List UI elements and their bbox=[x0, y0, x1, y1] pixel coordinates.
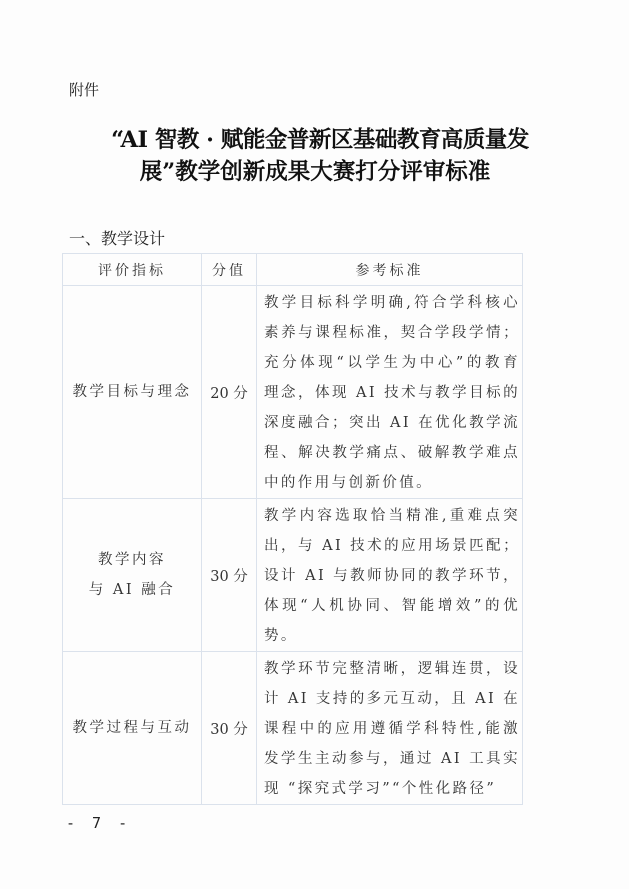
indicator-line-2: 与 AI 融合 bbox=[63, 575, 201, 605]
indicator-line-1: 教学内容 bbox=[63, 545, 201, 575]
scoring-table: 评价指标 分值 参考标准 教学目标与理念 20 分 教学目标科学明确,符合学科核… bbox=[62, 253, 523, 805]
attachment-label: 附件 bbox=[69, 79, 99, 100]
indicator-cell: 教学内容 与 AI 融合 bbox=[63, 499, 202, 652]
indicator-cell: 教学目标与理念 bbox=[63, 286, 202, 499]
section-heading: 一、教学设计 bbox=[69, 226, 165, 249]
title-line-2: 展”教学创新成果大赛打分评审标准 bbox=[60, 156, 580, 188]
criteria-cell: 教学目标科学明确,符合学科核心素养与课程标准，契合学段学情；充分体现“以学生为中… bbox=[257, 286, 523, 499]
title-line-1: “AI 智教 · 赋能金普新区基础教育高质量发 bbox=[60, 124, 580, 156]
criteria-cell: 教学环节完整清晰，逻辑连贯，设计 AI 支持的多元互动，且 AI 在课程中的应用… bbox=[257, 652, 523, 805]
criteria-cell: 教学内容选取恰当精准,重难点突出，与 AI 技术的应用场景匹配；设计 AI 与教… bbox=[257, 499, 523, 652]
score-cell: 30 分 bbox=[202, 499, 257, 652]
header-criteria: 参考标准 bbox=[257, 254, 523, 286]
indicator-cell: 教学过程与互动 bbox=[63, 652, 202, 805]
header-score: 分值 bbox=[202, 254, 257, 286]
header-indicator: 评价指标 bbox=[63, 254, 202, 286]
document-title: “AI 智教 · 赋能金普新区基础教育高质量发 展”教学创新成果大赛打分评审标准 bbox=[60, 124, 580, 188]
table-row: 教学内容 与 AI 融合 30 分 教学内容选取恰当精准,重难点突出，与 AI … bbox=[63, 499, 523, 652]
table-header-row: 评价指标 分值 参考标准 bbox=[63, 254, 523, 286]
page-number: - 7 - bbox=[66, 814, 131, 832]
score-cell: 30 分 bbox=[202, 652, 257, 805]
score-cell: 20 分 bbox=[202, 286, 257, 499]
table-row: 教学目标与理念 20 分 教学目标科学明确,符合学科核心素养与课程标准，契合学段… bbox=[63, 286, 523, 499]
table-row: 教学过程与互动 30 分 教学环节完整清晰，逻辑连贯，设计 AI 支持的多元互动… bbox=[63, 652, 523, 805]
